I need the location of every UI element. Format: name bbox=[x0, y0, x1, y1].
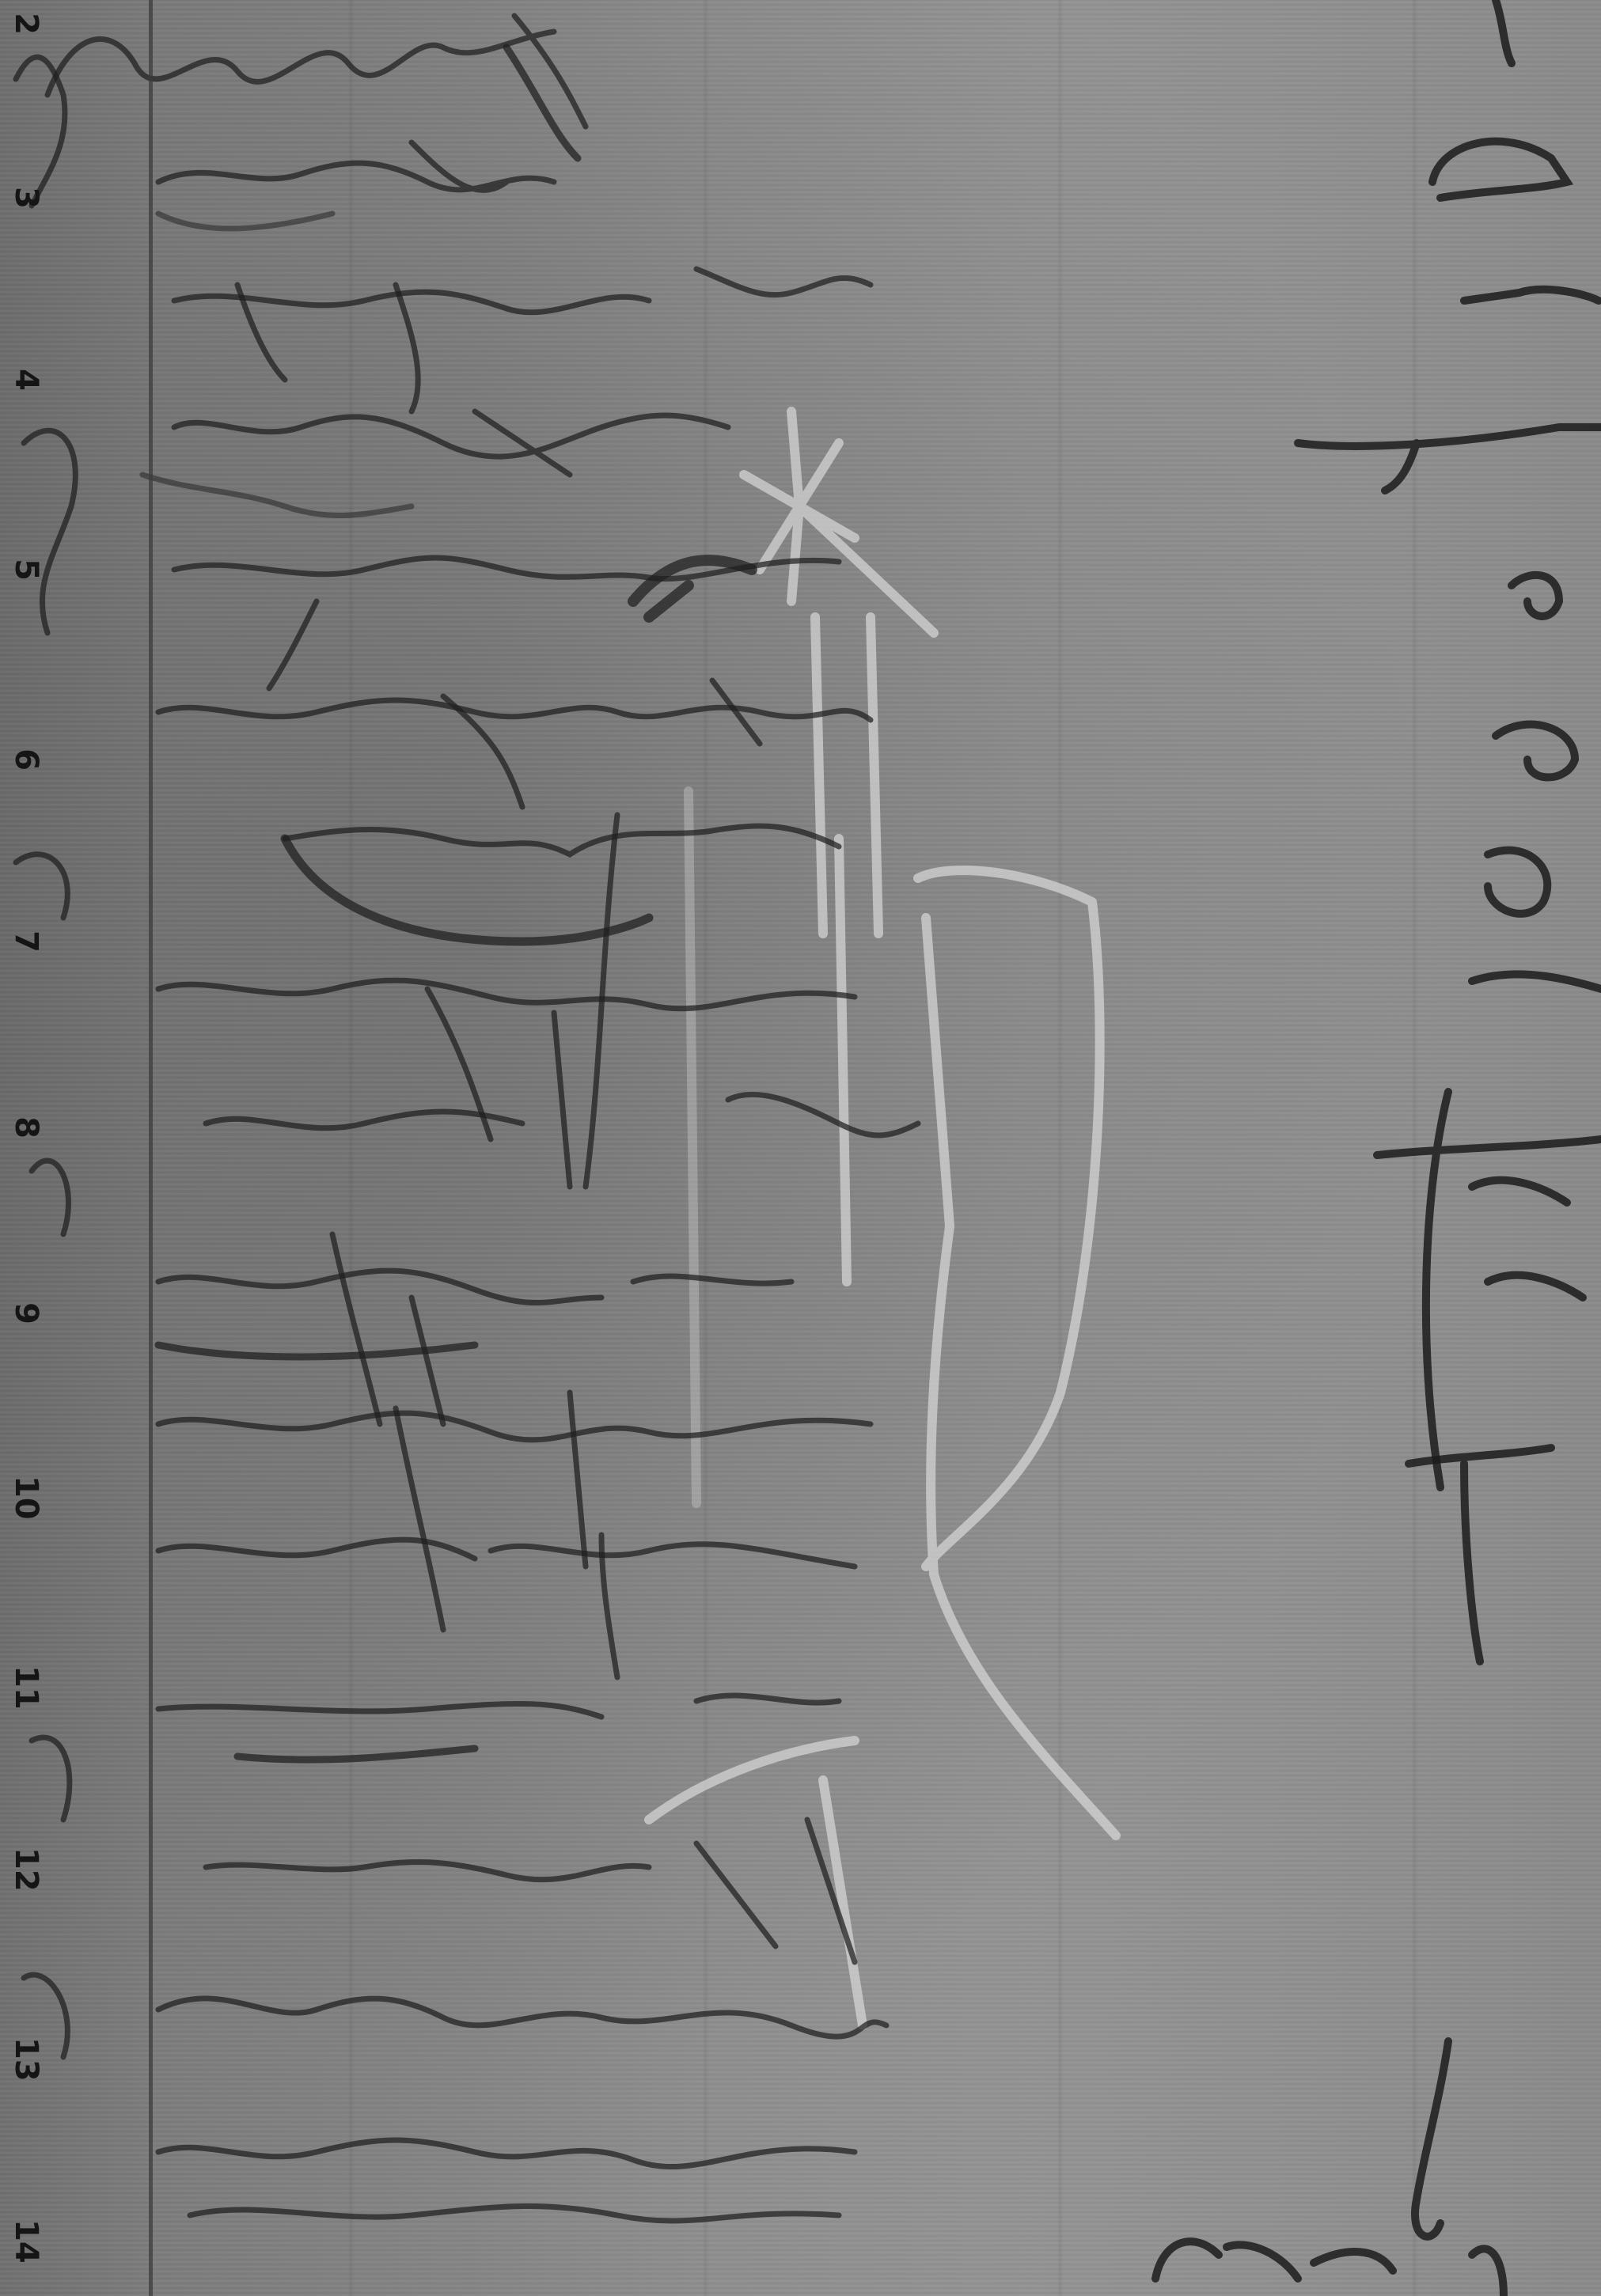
ruler-mark: 9 bbox=[10, 1294, 42, 1333]
ruler-mark: 5 bbox=[10, 550, 42, 589]
measurement-ruler: 2 3 4 5 6 7 8 9 10 11 12 13 14 bbox=[0, 0, 57, 2296]
ruler-mark: 11 bbox=[10, 1665, 42, 1705]
ruler-mark: 7 bbox=[10, 922, 42, 961]
ruler-mark: 14 bbox=[10, 2219, 42, 2259]
manuscript-page: 2 3 4 5 6 7 8 9 10 11 12 13 14 bbox=[0, 0, 1601, 2296]
margin-rule-line bbox=[149, 0, 153, 2296]
ruler-mark: 8 bbox=[10, 1108, 42, 1147]
ruler-mark: 3 bbox=[10, 178, 42, 218]
handwriting-right-edge bbox=[0, 0, 1601, 2296]
ruler-mark: 6 bbox=[10, 740, 42, 779]
ruler-mark: 12 bbox=[10, 1847, 42, 1887]
ruler-mark: 10 bbox=[10, 1476, 42, 1515]
ruler-mark: 4 bbox=[10, 360, 42, 400]
ruler-mark: 13 bbox=[10, 2037, 42, 2077]
ruler-mark: 2 bbox=[10, 4, 42, 44]
